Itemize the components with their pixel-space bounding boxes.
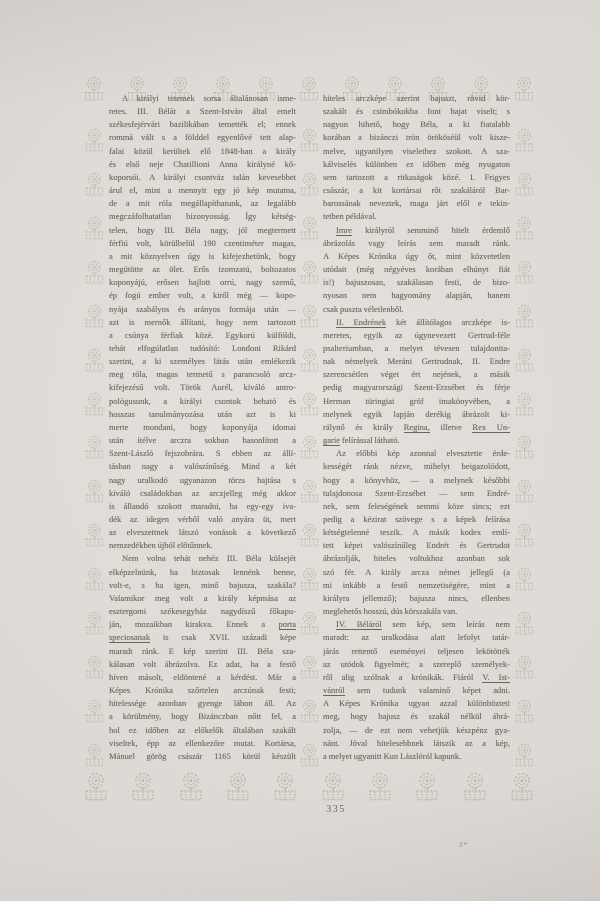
ornamental-border-frame: A királyi tetemek sorsa általánosan isme… [83,76,535,802]
text-line: a csúnya férfiak közé. Egykorú külföldi, [109,329,296,342]
tree-ornament-icon [83,76,105,102]
text-line: híven másolt, eldöntené a kérdést. Már a [109,671,296,684]
text-line: nánt. Jóval hitelesebbnek látszik az a k… [323,737,510,750]
tree-ornament-icon [367,772,393,802]
text-line: után ítélve arczra sokban hasonlított a [109,434,296,447]
tree-ornament-icon [514,216,535,241]
tree-ornament-icon [514,567,535,592]
text-line: meg, hogy bajusz és szakál nélkül ábrá- [323,710,510,723]
text-line: járás rettentő eseményei teljesen lekötö… [323,645,510,658]
text-line: szerint, a ki személyes látás után emlék… [109,355,296,368]
tree-ornament-icon [299,523,320,548]
border-middle [298,128,320,768]
text-line: merte mondani, hogy koponyája idomai [109,421,296,434]
page-number: 335 [318,804,354,815]
tree-ornament-icon [299,348,320,373]
text-line: koporsói. A királyi csontváz talán keves… [109,171,296,184]
text-line: psalteriumban, a melyet tévesen tulajdon… [323,342,510,355]
tree-ornament-icon [84,435,105,460]
text-line: nyosan nem hagyomány alapján, hanem [323,289,510,302]
tree-ornament-icon [84,216,105,241]
text-line: maradt: az uralkodása alatt lefolyt tatá… [323,631,510,644]
text-line: dék az idegen vérből való anyára üt, mer… [109,513,296,526]
text-line: pológusunk, a királyi csontok beható és [109,395,296,408]
text-line: barossának neveztek, maga járt elől e te… [323,197,510,210]
tree-ornament-icon [514,743,535,768]
text-line: maradt ránk. E kép szerint III. Béla sza… [109,645,296,658]
tree-ornament-icon [514,523,535,548]
text-line: férfiú volt, körülbelül 190 czentiméter … [109,237,296,250]
underlined-term: Imre [336,225,352,236]
text-line: melve, ugyanilyen viselethez szokott. A … [323,145,510,158]
text-line: kességét ránk nézve, mihelyt beigazolódo… [323,460,510,473]
tree-ornament-icon [514,348,535,373]
text-line: is állandó szokott maradni, ha egy-egy i… [109,500,296,513]
text-line: rálynő és király Regina, illetve Rex Un- [323,421,510,434]
text-line: ábrázolják, hiteles voltukhoz azonban so… [323,552,510,565]
underlined-term: Rex Un- [472,422,510,433]
scanned-book-page: { "page": { "number": "335", "signature"… [0,0,600,901]
text-line: királyra jellemző); bajusza nincs, ellen… [323,592,510,605]
text-line: szakált és csimbókokba font hajat viselt… [323,105,510,118]
tree-ornament-icon [84,523,105,548]
text-line: tett képei valószínűleg Endrét és Gertru… [323,539,510,552]
text-column-left: A királyi tetemek sorsa általánosan isme… [109,92,296,763]
tree-ornament-icon [178,772,204,802]
tree-ornament-icon [299,655,320,680]
text-line: pedig a kézirat szövege s a képek felírá… [323,513,510,526]
text-line: vánról sem tudunk valaminő képet adni. [323,684,510,697]
text-line: pedig magyarországi Szent-Erzsébet és fé… [323,381,510,394]
underlined-term: V. Ist- [482,672,510,683]
tree-ornament-icon [514,392,535,417]
text-line: Az előbbi kép azonnal elvesztette érde- [323,447,510,460]
text-line: szó fér. A király arcza német jellegű (a [323,566,510,579]
text-line: tetben példával. [323,210,510,223]
text-line: volt-e, s ha igen, minő bajusza, szakála… [109,579,296,592]
text-column-right: hiteles arczképe szerint bajuszt, rövid … [323,92,510,763]
text-line: kálviselés különben ez időben még nyugat… [323,158,510,171]
text-line: a melyet ugyanitt Kun Lászlóról kapunk. [323,750,510,763]
tree-ornament-icon [299,743,320,768]
text-line: árul el, mint a mennyit egy jó kép mutat… [109,184,296,197]
tree-ornament-icon [84,567,105,592]
tree-ornament-icon [299,567,320,592]
text-line: koponyájú, erősen hajlott orrú, nagy sze… [109,276,296,289]
text-line: nak némelyek Meráni Gertrudnak, II. Endr… [323,355,510,368]
text-line: tásban nagy a valószínűség. Mind a két [109,460,296,473]
text-line: ábrázolás vagy leírás sem maradt ránk. [323,237,510,250]
text-line: utódait (még négyéves korában elhúnyt fi… [323,263,510,276]
text-line: Valamikor meg volt a király képmása az [109,592,296,605]
text-line: kiváló családokban az arczjelleg még akk… [109,487,296,500]
tree-ornament-icon [514,435,535,460]
underlined-term: vánról [323,685,345,696]
text-line: a mit köznyelven úgy is kifejezhetünk, h… [109,250,296,263]
tree-ornament-icon [514,304,535,329]
tree-ornament-icon [84,304,105,329]
text-line: nagyon hihető, hogy Béla, a ki fiatalabb [323,118,510,131]
text-line: meretes, egyik az úgynevezett Gertrud-fé… [323,329,510,342]
text-line: székesfejérvári bazilikában temették el;… [109,118,296,131]
text-line: csak puszta véletlenből. [323,303,510,316]
underlined-term: IV. Béláról [336,619,382,630]
tree-ornament-icon [84,348,105,373]
text-line: hogy a könyvhöz, — a melynek későbbi [323,474,510,487]
text-line: elképzelnünk, ha biztosak lennénk benne, [109,566,296,579]
text-line: hitelessége azonban gyenge lábon áll. Az [109,697,296,710]
text-line: tehát elfogúlatlan tudósító: Londoni Rik… [109,342,296,355]
tree-ornament-icon [299,392,320,417]
tree-ornament-icon [299,172,320,197]
tree-ornament-icon [272,772,298,802]
tree-ornament-icon [513,76,535,102]
border-left [83,128,105,768]
text-line: rommá vált s a földdel egyenlővé tett al… [109,131,296,144]
border-bottom [83,772,535,802]
text-line: telen, hogy III. Béla nagy, jól megterme… [109,224,296,237]
tree-ornament-icon [225,772,251,802]
text-line: kétségtelenné teszik. A másik kodex emlí… [323,526,510,539]
text-line: meg róla, magas termetű s parancsoló arc… [109,368,296,381]
text-line: Nem volna tehát nehéz III. Béla külsejét [109,552,296,565]
text-line: nemzedékben újból előtűnnek. [109,539,296,552]
tree-ornament-icon [84,699,105,724]
tree-ornament-icon [509,772,535,802]
tree-ornament-icon [299,611,320,636]
text-line: speciosanak is csak XVII. századi képe [109,631,296,644]
text-line: nek, sem feleségének semmi köze sincs; e… [323,500,510,513]
text-line: ről alig szólnak a krónikák. Fiáról V. I… [323,671,510,684]
text-line: azt is mernők állítani, hogy nem tartozo… [109,316,296,329]
text-line: Szent-László fejszobrára. S ebben az áll… [109,447,296,460]
text-line: Mánuel görög császár 1165 körül készült [109,750,296,763]
text-line: korában a bizánczi trón örököséül volt k… [323,131,510,144]
text-line: Imre királyról semminő hitelt érdemlő [323,224,510,237]
text-line: az utódok figyelmét; a szereplő személye… [323,658,510,671]
signature-mark: 3* [459,841,468,849]
tree-ornament-icon [514,611,535,636]
tree-ornament-icon [84,128,105,153]
tree-ornament-icon [299,260,320,285]
tree-ornament-icon [414,772,440,802]
text-line: a körülmény, hogy Bizánczban nőtt fel, a [109,710,296,723]
tree-ornament-icon [84,260,105,285]
tree-ornament-icon [84,392,105,417]
tree-ornament-icon [514,655,535,680]
tree-ornament-icon [84,172,105,197]
text-line: viseltek, épp az ellenkezőre mutat. Kort… [109,737,296,750]
tree-ornament-icon [84,479,105,504]
underlined-term: porta [279,619,296,630]
tree-ornament-icon [299,479,320,504]
tree-ornament-icon [514,172,535,197]
tree-ornament-icon [299,699,320,724]
tree-ornament-icon [83,772,109,802]
text-line: megütötte az ölet. Erős izomzatú, boltoz… [109,263,296,276]
text-line: Képes Krónika szőrtelen arczúnak festi; [109,684,296,697]
text-line: garie felírással látható. [323,434,510,447]
tree-ornament-icon [462,772,488,802]
tree-ornament-icon [514,699,535,724]
text-line: császár, a kit kortársai rőt szakáláról … [323,184,510,197]
text-line: nyája szabályos és arányos formája után … [109,303,296,316]
text-line: II. Endrének két állítólagos arczképe is… [323,316,510,329]
tree-ornament-icon [84,655,105,680]
text-line: Herman türingiai gróf imakönyvében, a [323,395,510,408]
text-line: de a mit róla megállapíthatunk, az legal… [109,197,296,210]
text-line: kálasan volt ábrázolva. Ez adat, ha a fe… [109,658,296,671]
tree-ornament-icon [299,216,320,241]
underlined-term: speciosanak [109,632,150,643]
tree-ornament-icon [84,611,105,636]
text-line: ép fogú ember volt, a kiről még — kopo- [109,289,296,302]
text-line: A Képes Krónika úgy őt, mint közvetetlen [323,250,510,263]
text-line: is!) bajuszosan, szakálasan festi, de bi… [323,276,510,289]
tree-ornament-icon [514,479,535,504]
tree-ornament-icon [299,435,320,460]
text-line: megczáfolhatatlan bizonyosság. Így kétsé… [109,210,296,223]
tree-ornament-icon [514,260,535,285]
tree-ornament-icon [320,772,346,802]
text-line: melynek egyik lapján derékig ábrázolt ki… [323,408,510,421]
text-line: sem tartozott a ritkaságok közé. I. Frig… [323,171,510,184]
tree-ornament-icon [514,128,535,153]
text-line: nagy uralkodó ugyanazon törzs hajtása s [109,474,296,487]
text-line: esztergomi székesegyház nagydíszű főkapu… [109,605,296,618]
tree-ornament-icon [299,128,320,153]
text-line: A Képes Krónika ugyan azzal különbözteti [323,697,510,710]
tree-ornament-icon [84,743,105,768]
text-line: tulajdonosa Szent-Erzsébet — sem Endré- [323,487,510,500]
text-line: hiteles arczképe szerint bajuszt, rövid … [323,92,510,105]
text-line: meglehetős hosszú, dús körszakála van. [323,605,510,618]
text-line: ján, mozaikban kirakva. Ennek a porta [109,618,296,631]
text-line: mi inkább a festő nemzetiségére, mint a [323,579,510,592]
text-line: az elveszettnek látszó vonások a követke… [109,526,296,539]
text-line: hosszas tanulmányozása után azt is ki [109,408,296,421]
text-line: és első neje Chatillioni Anna királyné k… [109,158,296,171]
tree-ornament-icon [299,304,320,329]
border-right [513,128,535,768]
underlined-term: Regina, [404,422,430,433]
tree-ornament-icon [130,772,156,802]
underlined-term: garie [323,435,340,446]
text-line: falai közül kerültek elő 1848-ban a kirá… [109,145,296,158]
text-line: kifejezésű volt. Török Aurél, kiváló ant… [109,381,296,394]
tree-ornament-icon [298,76,320,102]
text-line: hol ez időben az előkelők általában szak… [109,724,296,737]
text-line: A királyi tetemek sorsa általánosan isme… [109,92,296,105]
text-line: zolja, — de ezt nem vehetjük készpénz gy… [323,724,510,737]
text-line: IV. Béláról sem kép, sem leírás nem [323,618,510,631]
underlined-term: II. Endrének [336,317,386,328]
text-line: szerencsétlen véget ért nejének, a másik [323,368,510,381]
text-line: retes. III. Bélát a Szent-István által e… [109,105,296,118]
